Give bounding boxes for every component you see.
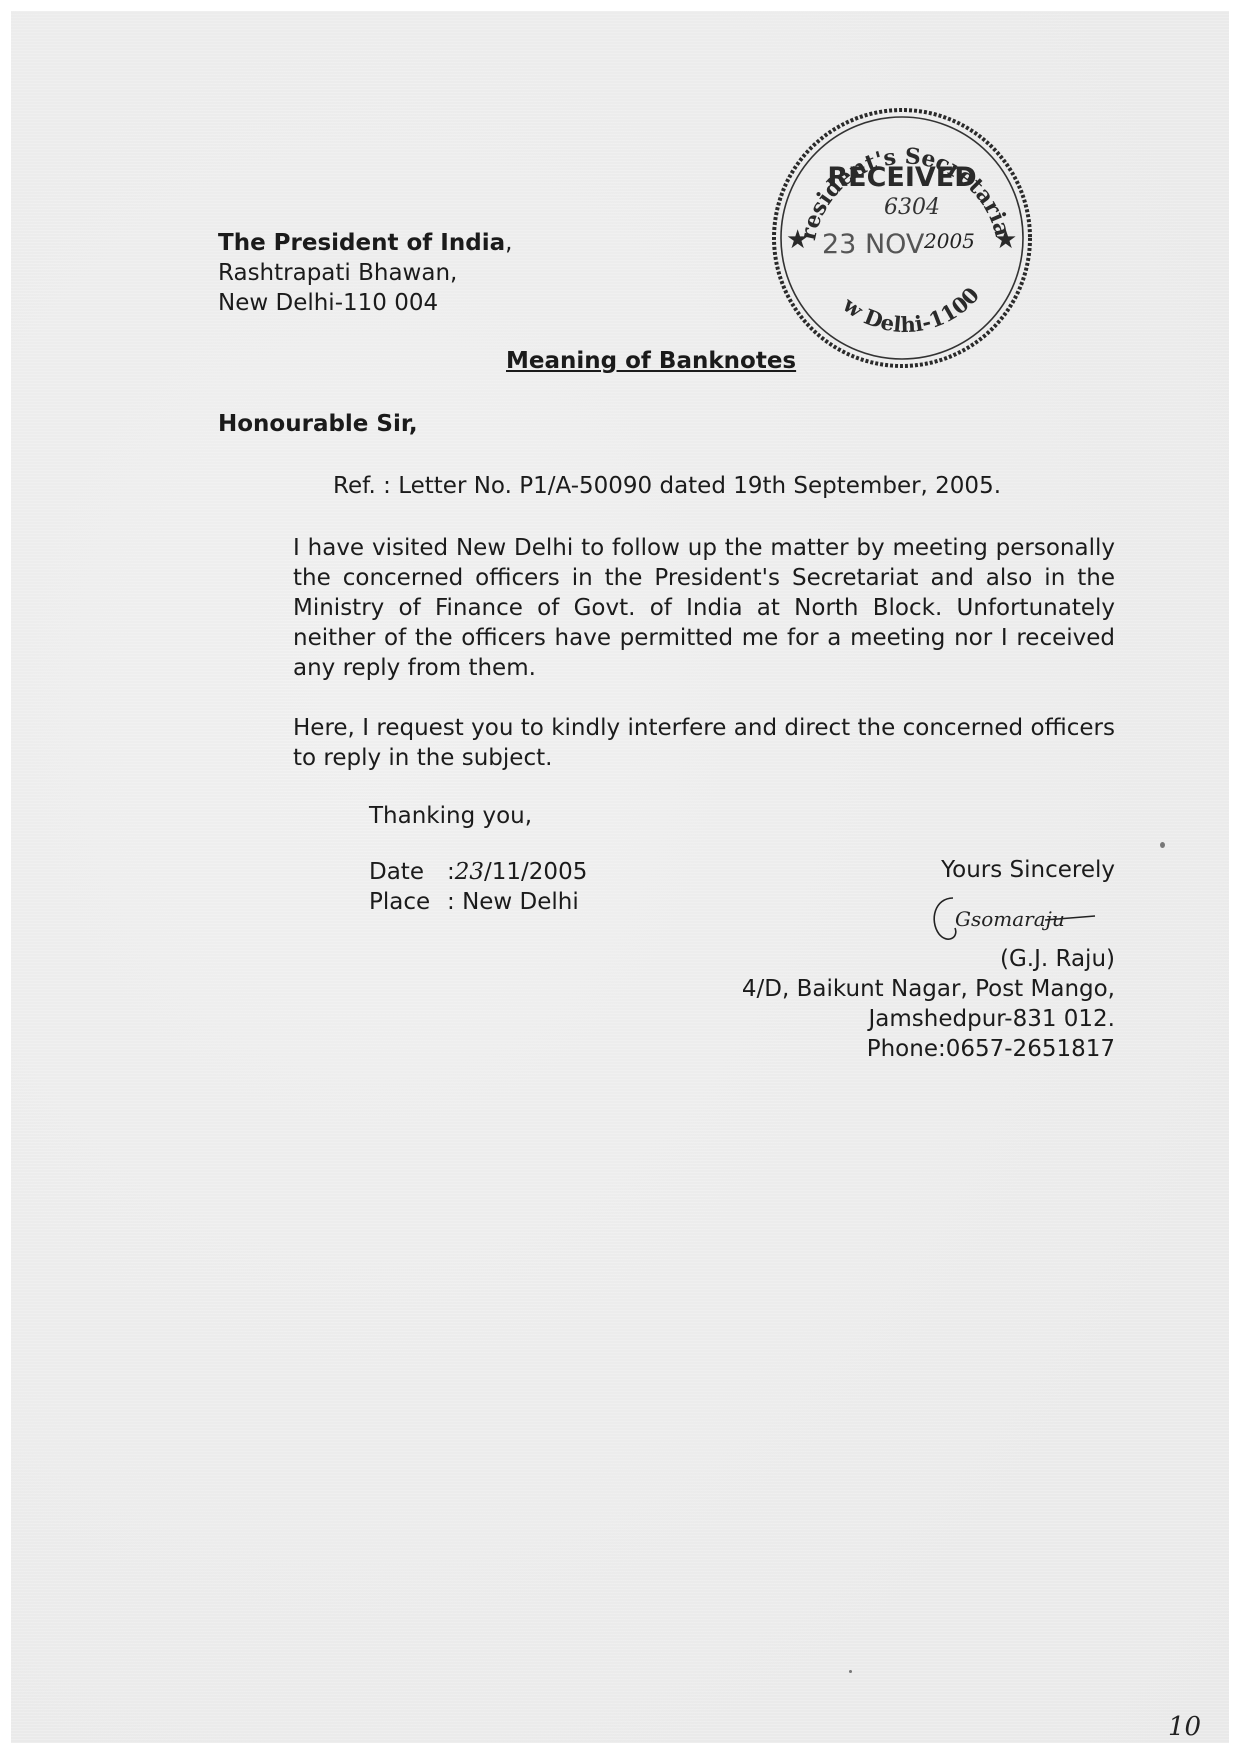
subject-line: Meaning of Banknotes xyxy=(506,348,796,374)
date-line: Date:23/11/2005 xyxy=(369,857,587,887)
received-stamp: President's Secretariat RECEIVED 6304 ★ … xyxy=(752,88,1052,388)
place-label: Place xyxy=(369,887,447,917)
stamp-status: RECEIVED xyxy=(827,162,976,193)
thanks-line: Thanking you, xyxy=(369,803,532,829)
addressee-line-3: New Delhi-110 004 xyxy=(218,288,512,318)
body-paragraph-1: I have visited New Delhi to follow up th… xyxy=(293,533,1115,683)
sender-address-1: 4/D, Baikunt Nagar, Post Mango, xyxy=(742,974,1115,1004)
page-number: 10 xyxy=(1168,1712,1201,1742)
scan-speck xyxy=(1160,842,1165,848)
scan-speck xyxy=(849,1670,852,1673)
reference-line: Ref. : Letter No. P1/A-50090 dated 19th … xyxy=(333,473,1001,499)
addressee-name-suffix: , xyxy=(505,230,512,256)
svg-text:Gsomaraju: Gsomaraju xyxy=(955,907,1065,931)
body-paragraph-2: Here, I request you to kindly interfere … xyxy=(293,713,1115,773)
place-value: New Delhi xyxy=(462,889,579,915)
date-handwritten-day: 23 xyxy=(455,859,484,885)
stamp-star-left-icon: ★ xyxy=(786,225,809,255)
date-label: Date xyxy=(369,857,447,887)
stamp-date-printed: 23 NOV xyxy=(822,229,925,260)
sender-phone: Phone:0657-2651817 xyxy=(742,1034,1115,1064)
stamp-date-year: 2005 xyxy=(923,229,975,253)
salutation: Honourable Sir, xyxy=(218,411,418,437)
addressee-block: The President of India, Rashtrapati Bhaw… xyxy=(218,228,512,318)
date-place-block: Date:23/11/2005 Place: New Delhi xyxy=(369,857,587,917)
sender-block: (G.J. Raju) 4/D, Baikunt Nagar, Post Man… xyxy=(742,944,1115,1064)
closing-line: Yours Sincerely xyxy=(941,857,1115,883)
stamp-handwritten-number: 6304 xyxy=(884,195,940,220)
stamp-star-right-icon: ★ xyxy=(994,225,1017,255)
date-separator: : xyxy=(447,859,455,885)
place-line: Place: New Delhi xyxy=(369,887,587,917)
stamp-bottom-text: New Delhi-110004 xyxy=(752,88,984,337)
sender-name: (G.J. Raju) xyxy=(742,944,1115,974)
addressee-line-2: Rashtrapati Bhawan, xyxy=(218,258,512,288)
addressee-name: The President of India xyxy=(218,230,505,256)
sender-address-2: Jamshedpur-831 012. xyxy=(742,1004,1115,1034)
place-separator: : xyxy=(447,889,455,915)
date-value: /11/2005 xyxy=(484,859,587,885)
